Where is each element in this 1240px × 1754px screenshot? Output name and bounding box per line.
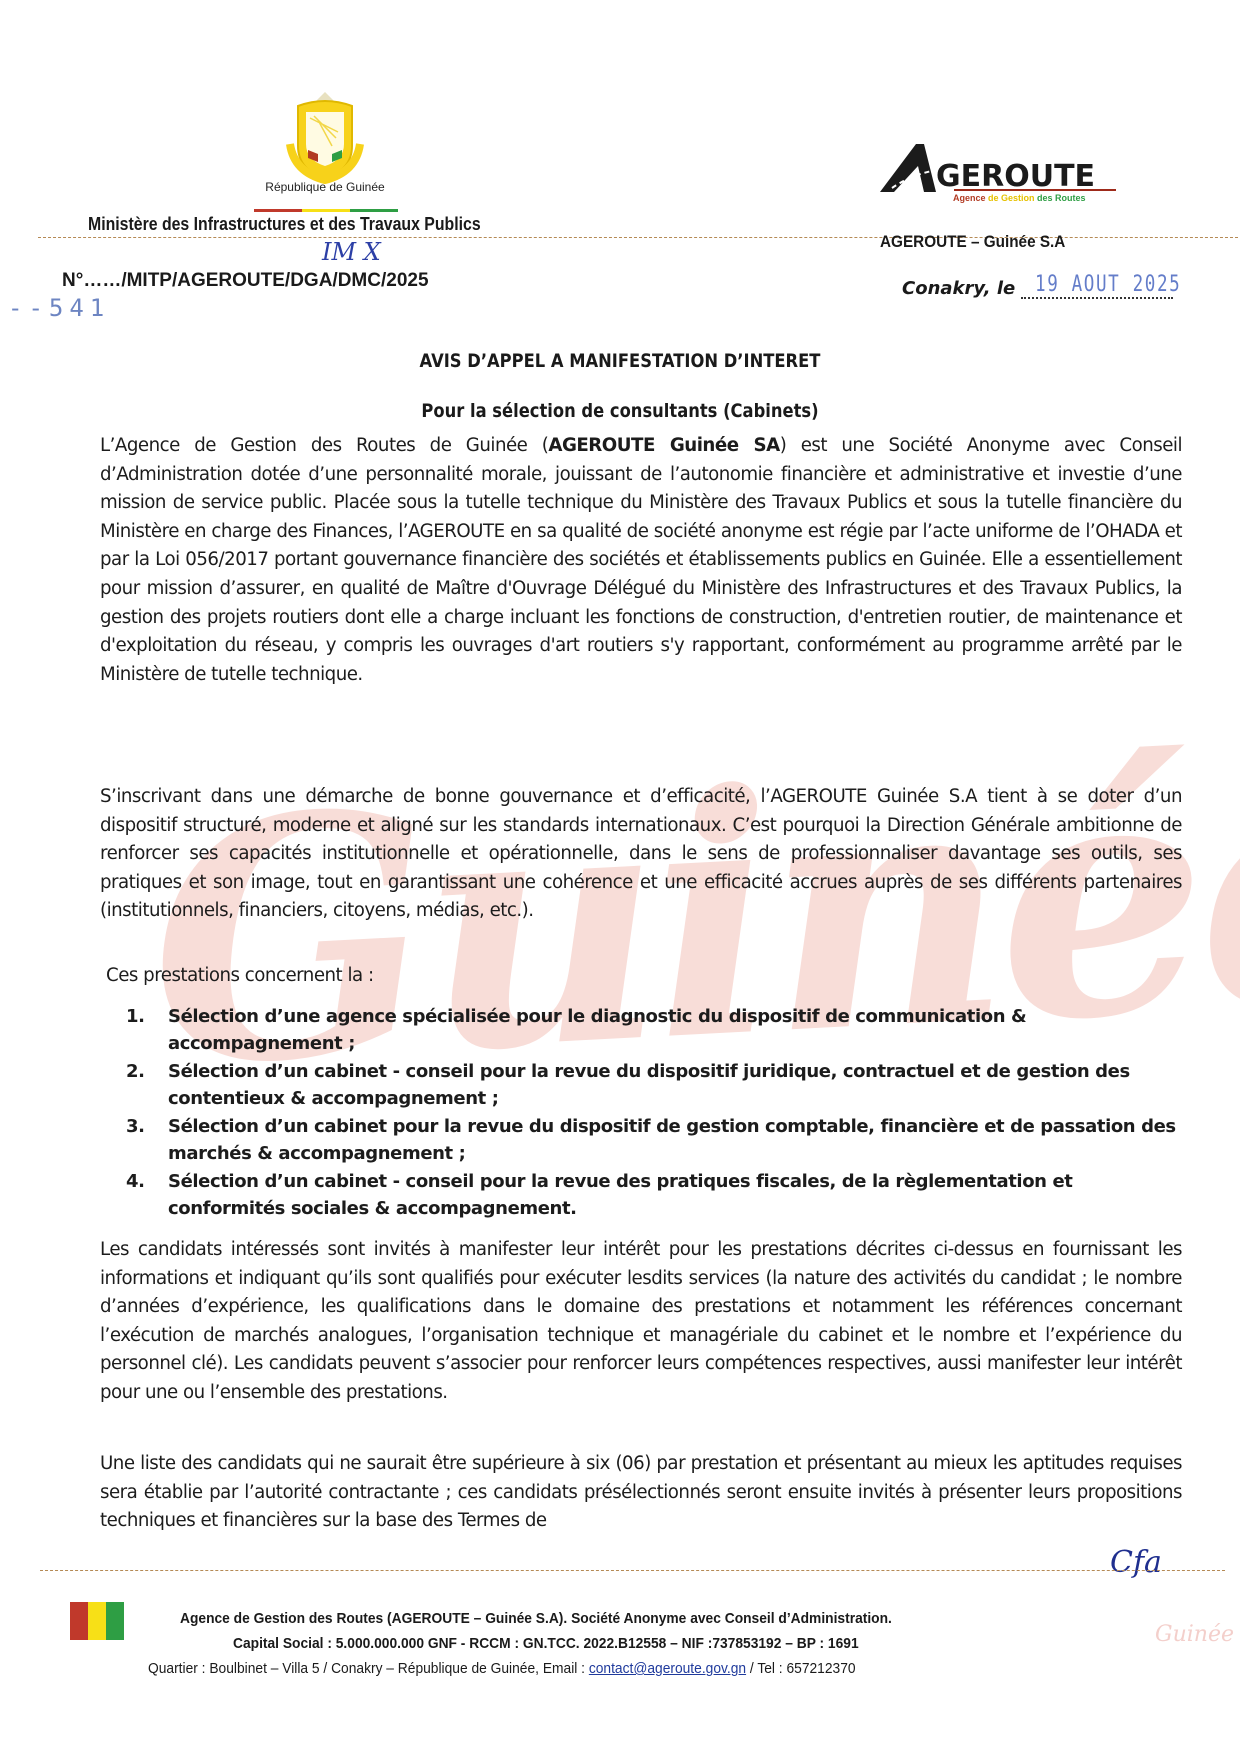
- p1-text-a: L’Agence de Gestion des Routes de Guinée…: [100, 435, 548, 456]
- footer-address: Quartier : Boulbinet – Villa 5 / Conakry…: [148, 1660, 589, 1677]
- logo-sub-part-3: des Routes: [1037, 193, 1086, 203]
- service-text: Sélection d’un cabinet - conseil pour la…: [168, 1169, 1184, 1222]
- p1-bold-name: AGEROUTE Guinée SA: [548, 435, 779, 456]
- service-item: 2.Sélection d’un cabinet - conseil pour …: [126, 1059, 1184, 1112]
- paragraph-presentation: L’Agence de Gestion des Routes de Guinée…: [100, 432, 1182, 689]
- service-item: 1.Sélection d’une agence spécialisée pou…: [126, 1004, 1184, 1057]
- svg-text:GEROUTE: GEROUTE: [936, 159, 1095, 194]
- paragraph-context: S’inscrivant dans une démarche de bonne …: [100, 783, 1182, 926]
- logo-sub-part-1: Agence: [953, 193, 988, 203]
- service-number: 2.: [126, 1059, 168, 1112]
- service-item: 3.Sélection d’un cabinet pour la revue d…: [126, 1114, 1184, 1167]
- footer-phone: / Tel : 657212370: [746, 1660, 855, 1677]
- republic-label: République de Guinée: [220, 180, 430, 194]
- flag-color-bar: [254, 197, 398, 200]
- reference-number: N°……/MITP/AGEROUTE/DGA/DMC/2025: [62, 270, 429, 292]
- signature-initials: Cfa: [1110, 1545, 1162, 1580]
- guinea-coat-of-arms-icon: [280, 88, 370, 184]
- company-name: AGEROUTE – Guinée S.A: [880, 232, 1065, 252]
- paragraph-candidates: Les candidats intéressés sont invités à …: [100, 1236, 1182, 1408]
- logo-sub-part-2: de Gestion: [988, 193, 1037, 203]
- service-number: 1.: [126, 1004, 168, 1057]
- footer-email-link[interactable]: contact@ageroute.gov.gn: [589, 1660, 746, 1677]
- paragraph-shortlist: Une liste des candidats qui ne saurait ê…: [100, 1450, 1182, 1536]
- footer-divider: [40, 1570, 1225, 1571]
- footer-address-line: Quartier : Boulbinet – Villa 5 / Conakry…: [148, 1660, 856, 1677]
- footer-capital-line: Capital Social : 5.000.000.000 GNF - RCC…: [233, 1635, 859, 1652]
- handwritten-initials: IM X: [322, 238, 381, 266]
- document-subtitle: Pour la sélection de consultants (Cabine…: [87, 400, 1153, 422]
- service-text: Sélection d’une agence spécialisée pour …: [168, 1004, 1184, 1057]
- registration-stamp-number: --541: [8, 294, 110, 322]
- logo-subtitle: Agence de Gestion des Routes: [953, 193, 1086, 203]
- service-text: Sélection d’un cabinet pour la revue du …: [168, 1114, 1184, 1167]
- document-title: AVIS D’APPEL A MANIFESTATION D’INTERET: [87, 350, 1153, 372]
- guinea-flag-icon: [70, 1602, 124, 1640]
- p1-text-b: ) est une Société Anonyme avec Conseil d…: [100, 435, 1182, 685]
- service-number: 4.: [126, 1169, 168, 1222]
- footer-watermark: Guinée: [1155, 1622, 1234, 1647]
- services-intro: Ces prestations concernent la :: [106, 962, 1188, 991]
- services-list: 1.Sélection d’une agence spécialisée pou…: [126, 1004, 1184, 1224]
- footer-company-line: Agence de Gestion des Routes (AGEROUTE –…: [180, 1610, 892, 1627]
- service-item: 4.Sélection d’un cabinet - conseil pour …: [126, 1169, 1184, 1222]
- date-stamp: 19 AOUT 2025: [1035, 272, 1181, 297]
- ministry-name: Ministère des Infrastructures et des Tra…: [88, 214, 481, 235]
- service-number: 3.: [126, 1114, 168, 1167]
- service-text: Sélection d’un cabinet - conseil pour la…: [168, 1059, 1184, 1112]
- date-prefix: Conakry, le: [902, 278, 1015, 299]
